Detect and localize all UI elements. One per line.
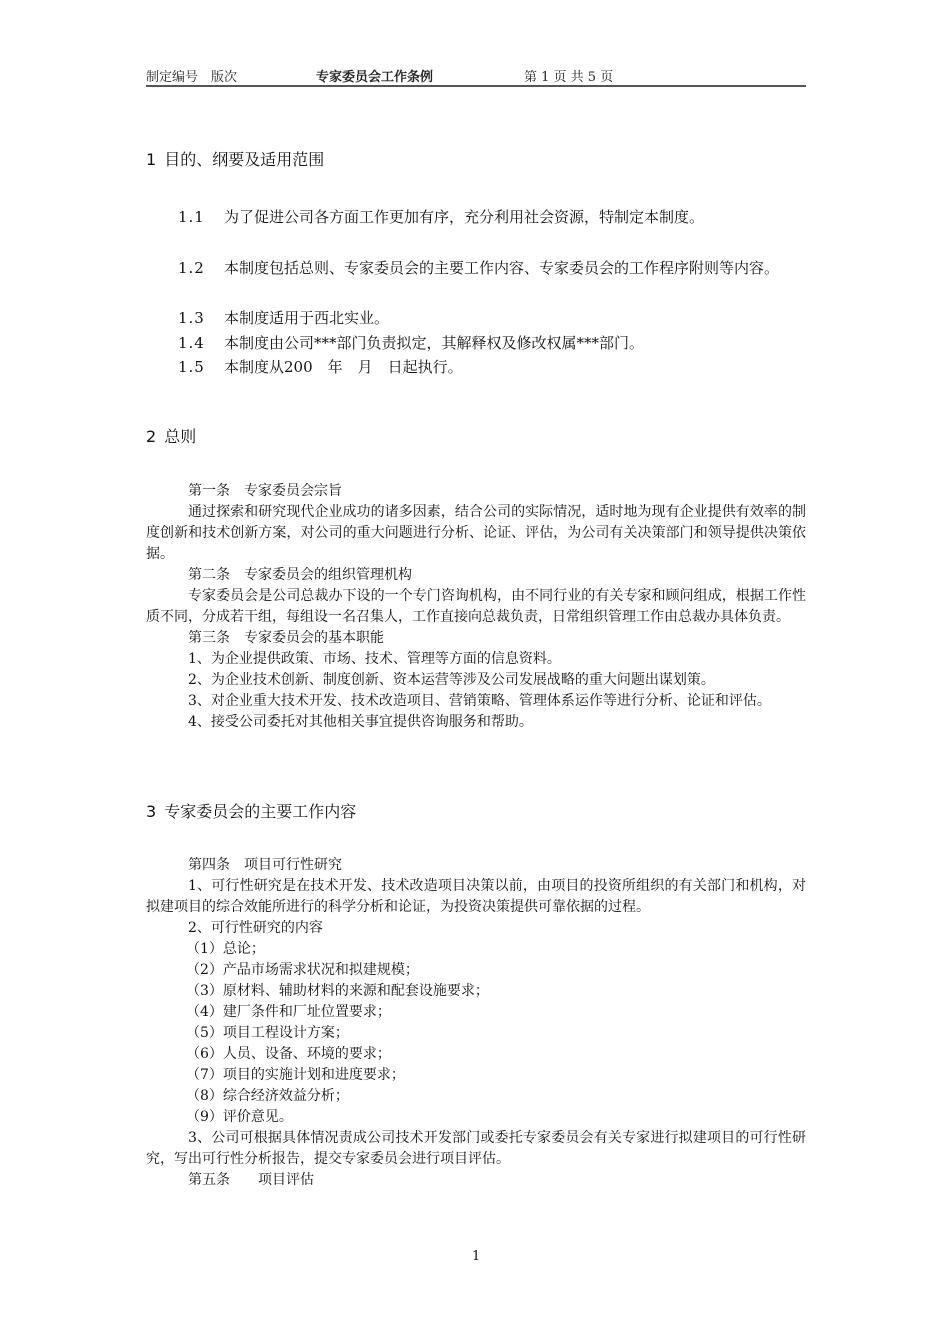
article-1-title: 第一条 专家委员会宗旨 bbox=[146, 481, 806, 502]
header-page-info: 第 1 页 共 5 页 bbox=[524, 66, 613, 85]
article-4-para-2: 2、可行性研究的内容 bbox=[146, 918, 806, 939]
article-5-title: 第五条 项目评估 bbox=[146, 1170, 806, 1191]
article-1-body: 通过探索和研究现代企业成功的诸多因素，结合公司的实际情况，适时地为现有企业提供有… bbox=[146, 502, 806, 565]
article-4-title: 第四条 项目可行性研究 bbox=[146, 855, 806, 876]
list-item: （1）总论； bbox=[146, 939, 806, 960]
article-2-body: 专家委员会是公司总裁办下设的一个专门咨询机构，由不同行业的有关专家和顾问组成，根… bbox=[146, 586, 806, 628]
clause-1-1: 1.1 为了促进公司各方面工作更加有序，充分利用社会资源，特制定本制度。 bbox=[178, 206, 806, 229]
list-item: （5）项目工程设计方案； bbox=[146, 1023, 806, 1044]
section-heading-3: 3专家委员会的主要工作内容 bbox=[146, 799, 356, 822]
list-item: （8）综合经济效益分析； bbox=[146, 1086, 806, 1107]
section-heading-2: 2总则 bbox=[146, 424, 196, 447]
article-3-item-4: 4、接受公司委托对其他相关事宜提供咨询服务和帮助。 bbox=[146, 712, 806, 733]
clause-1-3: 1.3 本制度适用于西北实业。 bbox=[178, 307, 806, 330]
article-4-para-3: 3、公司可根据具体情况责成公司技术开发部门或委托专家委员会有关专家进行拟建项目的… bbox=[146, 1128, 806, 1170]
article-3-title: 第三条 专家委员会的基本职能 bbox=[146, 628, 806, 649]
list-item: （3）原材料、辅助材料的来源和配套设施要求； bbox=[146, 981, 806, 1002]
section-2-body: 第一条 专家委员会宗旨 通过探索和研究现代企业成功的诸多因素，结合公司的实际情况… bbox=[146, 481, 806, 733]
list-item: （2）产品市场需求状况和拟建规模； bbox=[146, 960, 806, 981]
header-title: 专家委员会工作条例 bbox=[316, 66, 433, 85]
section-heading-1: 1目的、纲要及适用范围 bbox=[146, 147, 324, 170]
document-page: 制定编号 版次 专家委员会工作条例 第 1 页 共 5 页 1目的、纲要及适用范… bbox=[0, 0, 950, 1344]
list-item: （9）评价意见。 bbox=[146, 1107, 806, 1128]
list-item: （6）人员、设备、环境的要求； bbox=[146, 1044, 806, 1065]
article-4-para-1: 1、可行性研究是在技术开发、技术改造项目决策以前，由项目的投资所组织的有关部门和… bbox=[146, 876, 806, 918]
clause-1-5: 1.5 本制度从200 年 月 日起执行。 bbox=[178, 356, 806, 379]
article-3-item-3: 3、对企业重大技术开发、技术改造项目、营销策略、管理体系运作等进行分析、论证和评… bbox=[146, 691, 806, 712]
section-3-body: 第四条 项目可行性研究 1、可行性研究是在技术开发、技术改造项目决策以前，由项目… bbox=[146, 855, 806, 1191]
clause-1-2: 1.2 本制度包括总则、专家委员会的主要工作内容、专家委员会的工作程序附则等内容… bbox=[178, 257, 806, 280]
page-header: 制定编号 版次 专家委员会工作条例 第 1 页 共 5 页 bbox=[146, 64, 806, 86]
article-2-title: 第二条 专家委员会的组织管理机构 bbox=[146, 565, 806, 586]
article-3-item-2: 2、为企业技术创新、制度创新、资本运营等涉及公司发展战略的重大问题出谋划策。 bbox=[146, 670, 806, 691]
clause-1-4: 1.4 本制度由公司***部门负责拟定，其解释权及修改权属***部门。 bbox=[178, 332, 806, 355]
list-item: （7）项目的实施计划和进度要求； bbox=[146, 1065, 806, 1086]
page-number: 1 bbox=[472, 1249, 480, 1264]
header-doc-code: 制定编号 版次 bbox=[146, 66, 237, 85]
list-item: （4）建厂条件和厂址位置要求； bbox=[146, 1002, 806, 1023]
header-divider bbox=[146, 85, 806, 87]
article-3-item-1: 1、为企业提供政策、市场、技术、管理等方面的信息资料。 bbox=[146, 649, 806, 670]
